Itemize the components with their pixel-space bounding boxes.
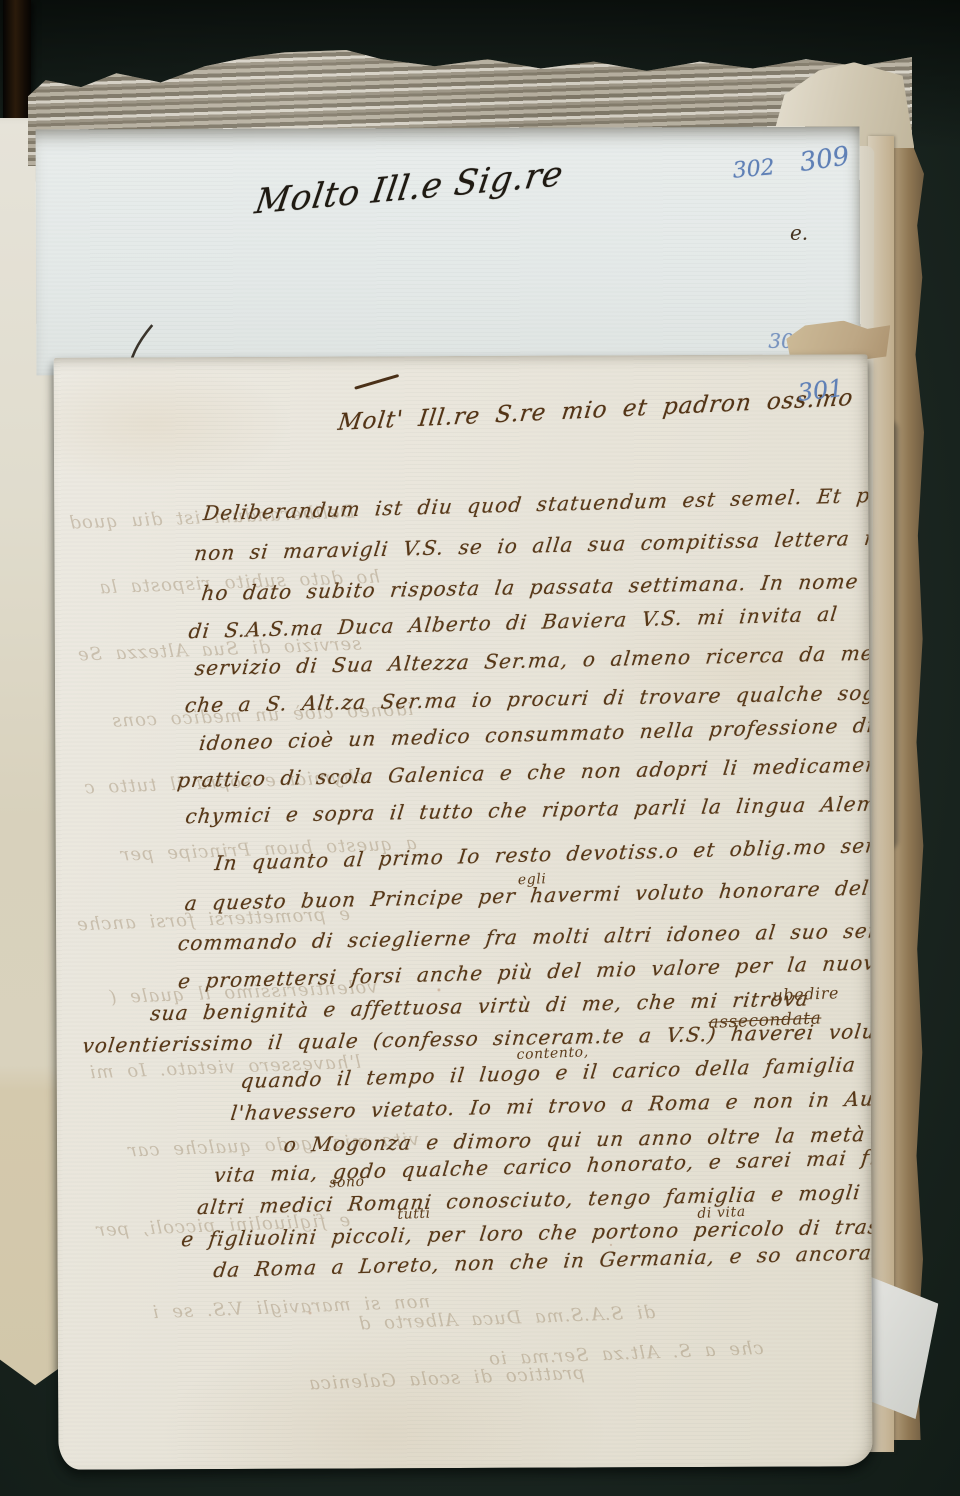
- page-number-309: 309: [798, 141, 851, 178]
- interlinear-addition: egli: [518, 871, 547, 888]
- binding-wood-strip: [3, 0, 31, 120]
- interlinear-addition: contento,: [516, 1044, 589, 1063]
- manuscript-line: chymici e sopra il tutto che riporta par…: [184, 790, 872, 828]
- manuscript-line: che a S. Alt.za Ser.ma io procuri di tro…: [184, 679, 873, 717]
- interlinear-addition: ubedire: [772, 983, 839, 1005]
- manuscript-line: l'havessero vietato. Io mi trovo a Roma …: [229, 1085, 872, 1125]
- heading-flourish-mark: [354, 374, 399, 390]
- manuscript-line: non si maravigli V.S. se io alla sua com…: [193, 525, 872, 565]
- letter-heading: Molt' Ill.re S.re mio et padron oss.mo: [336, 385, 855, 436]
- interlinear-addition: sono: [329, 1174, 365, 1191]
- manuscript-line: Deliberandum ist diu quod statuendum est…: [202, 482, 873, 526]
- interlinear-addition: di vita: [697, 1204, 746, 1222]
- interlinear-addition: tutti: [397, 1206, 431, 1223]
- top-letter-sheet: Molto Ill.e Sig.re 302 309 e. 306: [36, 127, 861, 376]
- bleed-through-text: prattico di scola Galenica: [308, 1363, 585, 1395]
- page-number-302: 302: [732, 155, 776, 184]
- letter-sheet: Deliberandum ist diu quod ho dato subito…: [54, 354, 873, 1470]
- manuscript-line: prattico di scola Galenica e che non ado…: [176, 752, 872, 792]
- manuscript-photo: Molto Ill.e Sig.re 302 309 e. 306 Delibe…: [0, 0, 960, 1496]
- manuscript-line: di S.A.S.ma Duca Alberto di Baviera V.S.…: [187, 602, 839, 644]
- page-number-301: 301: [796, 374, 845, 407]
- manuscript-line: altri medici Romani conosciuto, tengo fa…: [196, 1180, 862, 1219]
- top-sheet-heading: Molto Ill.e Sig.re: [252, 154, 566, 223]
- ink-mark: e.: [790, 221, 808, 245]
